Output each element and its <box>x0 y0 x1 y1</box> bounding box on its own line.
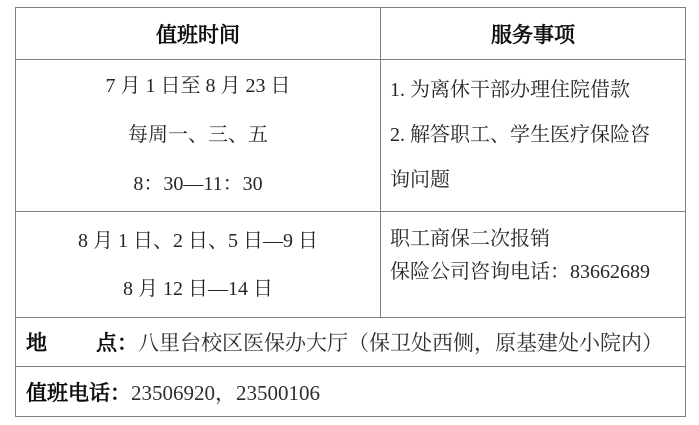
duty-time-line: 8：30—11：30 <box>133 160 262 209</box>
service-items-cell: 职工商保二次报销 保险公司咨询电话：83662689 <box>381 212 685 317</box>
header-cell-duty-time: 值班时间 <box>16 8 381 59</box>
duty-time-line: 7 月 1 日至 8 月 23 日 <box>106 62 291 111</box>
table-header-row: 值班时间 服务事项 <box>16 8 685 60</box>
service-item: 2. 解答职工、学生医疗保险咨询问题 <box>390 113 661 203</box>
service-item: 1. 为离休干部办理住院借款 <box>390 68 630 113</box>
duty-time-cell: 7 月 1 日至 8 月 23 日 每周一、三、五 8：30—11：30 <box>16 60 381 211</box>
duty-time-line: 8 月 12 日—14 日 <box>123 265 273 313</box>
duty-time-cell: 8 月 1 日、2 日、5 日—9 日 8 月 12 日—14 日 <box>16 212 381 317</box>
service-item: 职工商保二次报销 <box>390 223 550 256</box>
table-row: 8 月 1 日、2 日、5 日—9 日 8 月 12 日—14 日 职工商保二次… <box>16 212 685 318</box>
location-value: 八里台校区医保办大厅（保卫处西侧，原基建处小院内） <box>138 327 663 357</box>
service-item: 保险公司咨询电话：83662689 <box>390 256 650 289</box>
header-cell-service-items: 服务事项 <box>381 8 685 59</box>
location-row: 地 点： 八里台校区医保办大厅（保卫处西侧，原基建处小院内） <box>16 318 685 367</box>
service-items-cell: 1. 为离休干部办理住院借款 2. 解答职工、学生医疗保险咨询问题 <box>381 60 685 211</box>
phone-value: 23506920，23500106 <box>131 377 320 407</box>
location-label-part1: 地 <box>26 327 47 357</box>
location-label-part2: 点： <box>96 327 138 357</box>
document-page: 值班时间 服务事项 7 月 1 日至 8 月 23 日 每周一、三、五 8：30… <box>0 0 699 425</box>
duty-time-line: 8 月 1 日、2 日、5 日—9 日 <box>78 217 318 265</box>
header-duty-time-label: 值班时间 <box>156 19 240 49</box>
header-service-items-label: 服务事项 <box>491 19 575 49</box>
phone-label: 值班电话： <box>26 377 131 407</box>
duty-schedule-table: 值班时间 服务事项 7 月 1 日至 8 月 23 日 每周一、三、五 8：30… <box>15 7 686 417</box>
duty-time-line: 每周一、三、五 <box>128 111 268 160</box>
table-row: 7 月 1 日至 8 月 23 日 每周一、三、五 8：30—11：30 1. … <box>16 60 685 212</box>
phone-row: 值班电话： 23506920，23500106 <box>16 367 685 417</box>
